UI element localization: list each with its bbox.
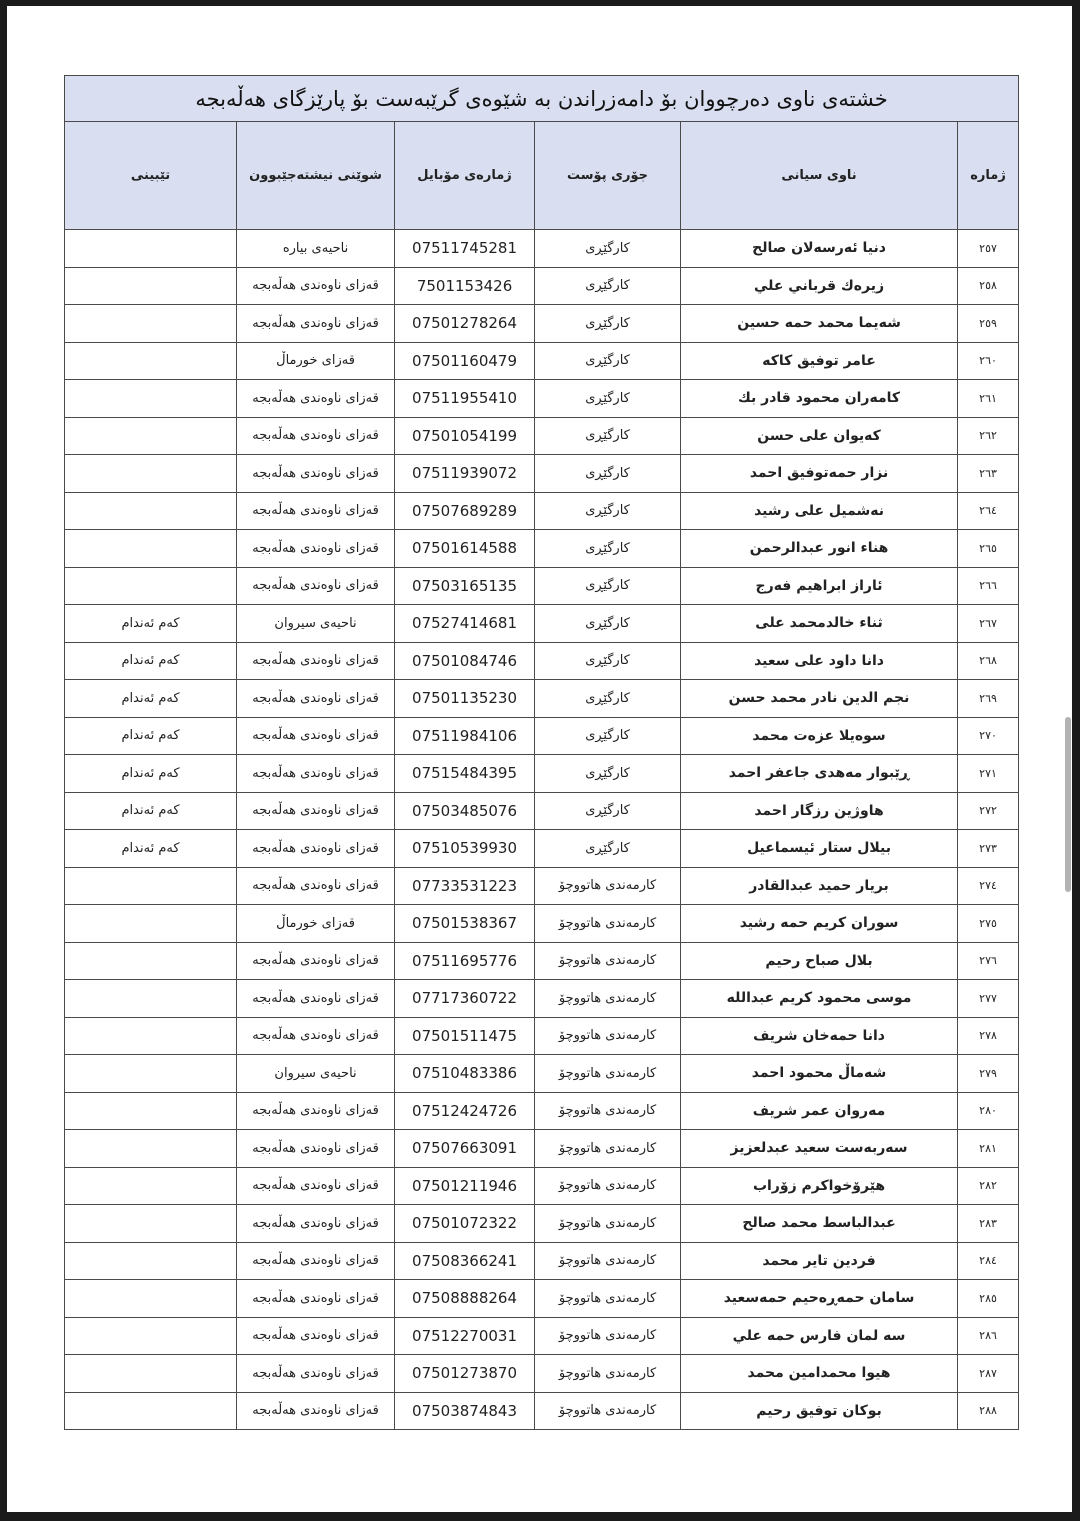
full-name-cell: دانا حمەخان شریف xyxy=(681,1017,958,1055)
full-name-cell: سامان حمەڕەحیم حمەسعید xyxy=(681,1280,958,1318)
row-number: ٢٨٥ xyxy=(958,1280,1019,1318)
table-row: ٢٨٨بوکان توفیق رحیمکارمەندی هاتووچۆ07503… xyxy=(65,1392,1019,1430)
post-type-cell: کارمەندی هاتووچۆ xyxy=(535,1017,681,1055)
row-number: ٢٨٦ xyxy=(958,1317,1019,1355)
mobile-cell: 07501054199 xyxy=(395,417,535,455)
residence-cell: قەزای ناوەندی هەڵەبجە xyxy=(237,1317,395,1355)
residence-cell: قەزای ناوەندی هەڵەبجە xyxy=(237,380,395,418)
post-type-cell: کارمەندی هاتووچۆ xyxy=(535,1055,681,1093)
residence-cell: قەزای ناوەندی هەڵەبجە xyxy=(237,830,395,868)
post-type-cell: کارگێڕی xyxy=(535,455,681,493)
row-number: ٢٨٤ xyxy=(958,1242,1019,1280)
residence-cell: قەزای ناوەندی هەڵەبجە xyxy=(237,1167,395,1205)
note-cell xyxy=(65,867,237,905)
row-number: ٢٧٢ xyxy=(958,792,1019,830)
full-name-cell: کەیوان علی حسن xyxy=(681,417,958,455)
full-name-cell: نزار حمەتوفیق احمد xyxy=(681,455,958,493)
residence-cell: قەزای ناوەندی هەڵەبجە xyxy=(237,642,395,680)
note-cell xyxy=(65,1167,237,1205)
residence-cell: قەزای ناوەندی هەڵەبجە xyxy=(237,942,395,980)
table-row: ٢٨٧هیوا محمدامین محمدکارمەندی هاتووچۆ075… xyxy=(65,1355,1019,1393)
table-body: ٢٥٧دنیا ئەرسەلان صالحکارگێڕی07511745281ن… xyxy=(65,230,1019,1430)
mobile-cell: 07733531223 xyxy=(395,867,535,905)
residence-cell: قەزای ناوەندی هەڵەبجە xyxy=(237,305,395,343)
note-cell: کەم ئەندام xyxy=(65,717,237,755)
mobile-cell: 07512270031 xyxy=(395,1317,535,1355)
row-number: ٢٨٢ xyxy=(958,1167,1019,1205)
residence-cell: قەزای ناوەندی هەڵەبجە xyxy=(237,1355,395,1393)
table-row: ٢٥٩شەیما محمد حمە حسینکارگێڕی07501278264… xyxy=(65,305,1019,343)
row-number: ٢٦٠ xyxy=(958,342,1019,380)
full-name-cell: نەشمیل علی رشید xyxy=(681,492,958,530)
residence-cell: قەزای ناوەندی هەڵەبجە xyxy=(237,792,395,830)
mobile-cell: 07501511475 xyxy=(395,1017,535,1055)
full-name-cell: فردین تایر محمد xyxy=(681,1242,958,1280)
post-type-cell: کارمەندی هاتووچۆ xyxy=(535,1317,681,1355)
post-type-cell: کارگێڕی xyxy=(535,792,681,830)
note-cell: کەم ئەندام xyxy=(65,792,237,830)
table-row: ٢٦٧ثناء خالدمحمد علیکارگێڕی07527414681نا… xyxy=(65,605,1019,643)
mobile-cell: 07501072322 xyxy=(395,1205,535,1243)
residence-cell: قەزای ناوەندی هەڵەبجە xyxy=(237,1280,395,1318)
post-type-cell: کارمەندی هاتووچۆ xyxy=(535,1242,681,1280)
post-type-cell: کارگێڕی xyxy=(535,717,681,755)
full-name-cell: هیوا محمدامین محمد xyxy=(681,1355,958,1393)
vertical-scrollbar-thumb[interactable] xyxy=(1065,717,1071,892)
post-type-cell: کارگێڕی xyxy=(535,680,681,718)
column-header-number: ژمارە xyxy=(958,122,1019,230)
post-type-cell: کارمەندی هاتووچۆ xyxy=(535,980,681,1018)
mobile-cell: 07511745281 xyxy=(395,230,535,268)
mobile-cell: 7501153426 xyxy=(395,267,535,305)
residence-cell: ناحیەی بیارە xyxy=(237,230,395,268)
full-name-cell: سوران کریم حمە رشید xyxy=(681,905,958,943)
residence-cell: قەزای ناوەندی هەڵەبجە xyxy=(237,267,395,305)
mobile-cell: 07503874843 xyxy=(395,1392,535,1430)
post-type-cell: کارمەندی هاتووچۆ xyxy=(535,867,681,905)
table-row: ٢٧٠سوەیلا عزەت محمدکارگێڕی07511984106قەز… xyxy=(65,717,1019,755)
mobile-cell: 07511984106 xyxy=(395,717,535,755)
row-number: ٢٨٠ xyxy=(958,1092,1019,1130)
residence-cell: قەزای ناوەندی هەڵەبجە xyxy=(237,492,395,530)
table-row: ٢٦٢کەیوان علی حسنکارگێڕی07501054199قەزای… xyxy=(65,417,1019,455)
residence-cell: قەزای ناوەندی هەڵەبجە xyxy=(237,1242,395,1280)
post-type-cell: کارمەندی هاتووچۆ xyxy=(535,942,681,980)
full-name-cell: عبدالباسط محمد صالح xyxy=(681,1205,958,1243)
row-number: ٢٥٨ xyxy=(958,267,1019,305)
full-name-cell: هێرۆخواکرم زۆراب xyxy=(681,1167,958,1205)
table-row: ٢٨١سەربەست سعید عبدلعزیزکارمەندی هاتووچۆ… xyxy=(65,1130,1019,1168)
mobile-cell: 07717360722 xyxy=(395,980,535,1018)
row-number: ٢٧٠ xyxy=(958,717,1019,755)
post-type-cell: کارگێڕی xyxy=(535,755,681,793)
note-cell xyxy=(65,267,237,305)
row-number: ٢٧٤ xyxy=(958,867,1019,905)
column-header-note: تێبینی xyxy=(65,122,237,230)
post-type-cell: کارمەندی هاتووچۆ xyxy=(535,1280,681,1318)
residence-cell: قەزای ناوەندی هەڵەبجە xyxy=(237,755,395,793)
note-cell xyxy=(65,530,237,568)
row-number: ٢٥٧ xyxy=(958,230,1019,268)
mobile-cell: 07501614588 xyxy=(395,530,535,568)
mobile-cell: 07510483386 xyxy=(395,1055,535,1093)
note-cell: کەم ئەندام xyxy=(65,680,237,718)
table-row: ٢٧٥سوران کریم حمە رشیدکارمەندی هاتووچۆ07… xyxy=(65,905,1019,943)
full-name-cell: بیلال ستار ئیسماعیل xyxy=(681,830,958,868)
row-number: ٢٦٤ xyxy=(958,492,1019,530)
full-name-cell: عامر توفیق کاکە xyxy=(681,342,958,380)
row-number: ٢٦٦ xyxy=(958,567,1019,605)
residence-cell: قەزای ناوەندی هەڵەبجە xyxy=(237,1130,395,1168)
table-row: ٢٦٦ئاراز ابراهیم فەرجکارگێڕی07503165135ق… xyxy=(65,567,1019,605)
table-row: ٢٨٦سە لمان فارس حمە عليکارمەندی هاتووچۆ0… xyxy=(65,1317,1019,1355)
note-cell: کەم ئەندام xyxy=(65,605,237,643)
column-header-mobile: ژمارەی مۆبایل xyxy=(395,122,535,230)
residence-cell: قەزای ناوەندی هەڵەبجە xyxy=(237,980,395,1018)
mobile-cell: 07527414681 xyxy=(395,605,535,643)
post-type-cell: کارگێڕی xyxy=(535,492,681,530)
mobile-cell: 07511939072 xyxy=(395,455,535,493)
post-type-cell: کارگێڕی xyxy=(535,417,681,455)
full-name-cell: دانا داود علی سعید xyxy=(681,642,958,680)
row-number: ٢٧٩ xyxy=(958,1055,1019,1093)
full-name-cell: ئاراز ابراهیم فەرج xyxy=(681,567,958,605)
table-row: ٢٧٢هاوژین رزگار احمدکارگێڕی07503485076قە… xyxy=(65,792,1019,830)
post-type-cell: کارگێڕی xyxy=(535,305,681,343)
full-name-cell: هناء انور عبدالرحمن xyxy=(681,530,958,568)
note-cell: کەم ئەندام xyxy=(65,755,237,793)
full-name-cell: شەماڵ محمود احمد xyxy=(681,1055,958,1093)
post-type-cell: کارگێڕی xyxy=(535,830,681,868)
table-row: ٢٧٤بریار حمید عبدالقادرکارمەندی هاتووچۆ0… xyxy=(65,867,1019,905)
employee-list-table: خشتەی ناوی دەرچووان بۆ دامەزراندن بە شێو… xyxy=(64,75,1019,1430)
post-type-cell: کارگێڕی xyxy=(535,380,681,418)
residence-cell: قەزای خورماڵ xyxy=(237,342,395,380)
mobile-cell: 07508888264 xyxy=(395,1280,535,1318)
post-type-cell: کارمەندی هاتووچۆ xyxy=(535,1167,681,1205)
post-type-cell: کارگێڕی xyxy=(535,530,681,568)
note-cell xyxy=(65,1242,237,1280)
table-row: ٢٧٩شەماڵ محمود احمدکارمەندی هاتووچۆ07510… xyxy=(65,1055,1019,1093)
note-cell xyxy=(65,230,237,268)
table-row: ٢٥٧دنیا ئەرسەلان صالحکارگێڕی07511745281ن… xyxy=(65,230,1019,268)
mobile-cell: 07510539930 xyxy=(395,830,535,868)
note-cell xyxy=(65,942,237,980)
note-cell xyxy=(65,1317,237,1355)
full-name-cell: بلال صباح رحیم xyxy=(681,942,958,980)
row-number: ٢٦٧ xyxy=(958,605,1019,643)
row-number: ٢٦١ xyxy=(958,380,1019,418)
row-number: ٢٦٢ xyxy=(958,417,1019,455)
full-name-cell: بریار حمید عبدالقادر xyxy=(681,867,958,905)
table-row: ٢٧٧موسی محمود کریم عبداللەکارمەندی هاتوو… xyxy=(65,980,1019,1018)
row-number: ٢٨١ xyxy=(958,1130,1019,1168)
post-type-cell: کارگێڕی xyxy=(535,342,681,380)
full-name-cell: نجم الدین نادر محمد حسن xyxy=(681,680,958,718)
note-cell xyxy=(65,1130,237,1168)
full-name-cell: مەروان عمر شریف xyxy=(681,1092,958,1130)
table-row: ٢٨٠مەروان عمر شریفکارمەندی هاتووچۆ075124… xyxy=(65,1092,1019,1130)
row-number: ٢٦٨ xyxy=(958,642,1019,680)
residence-cell: قەزای ناوەندی هەڵەبجە xyxy=(237,1092,395,1130)
mobile-cell: 07501278264 xyxy=(395,305,535,343)
note-cell: کەم ئەندام xyxy=(65,642,237,680)
full-name-cell: ڕێبوار مەهدی جاعفر احمد xyxy=(681,755,958,793)
residence-cell: قەزای ناوەندی هەڵەبجە xyxy=(237,680,395,718)
note-cell xyxy=(65,380,237,418)
table-row: ٢٧٦بلال صباح رحیمکارمەندی هاتووچۆ0751169… xyxy=(65,942,1019,980)
mobile-cell: 07503485076 xyxy=(395,792,535,830)
mobile-cell: 07501135230 xyxy=(395,680,535,718)
residence-cell: قەزای ناوەندی هەڵەبجە xyxy=(237,530,395,568)
mobile-cell: 07511955410 xyxy=(395,380,535,418)
note-cell xyxy=(65,1017,237,1055)
note-cell xyxy=(65,1205,237,1243)
row-number: ٢٨٣ xyxy=(958,1205,1019,1243)
mobile-cell: 07501273870 xyxy=(395,1355,535,1393)
mobile-cell: 07501084746 xyxy=(395,642,535,680)
residence-cell: قەزای ناوەندی هەڵەبجە xyxy=(237,717,395,755)
table-row: ٢٦٤نەشمیل علی رشیدکارگێڕی07507689289قەزا… xyxy=(65,492,1019,530)
residence-cell: قەزای ناوەندی هەڵەبجە xyxy=(237,1017,395,1055)
post-type-cell: کارگێڕی xyxy=(535,230,681,268)
column-header-residence: شوێنی نیشتەجێبوون xyxy=(237,122,395,230)
post-type-cell: کارگێڕی xyxy=(535,267,681,305)
post-type-cell: کارمەندی هاتووچۆ xyxy=(535,1092,681,1130)
table-row: ٢٨٤فردین تایر محمدکارمەندی هاتووچۆ075083… xyxy=(65,1242,1019,1280)
full-name-cell: زیرەك قرباني علي xyxy=(681,267,958,305)
post-type-cell: کارگێڕی xyxy=(535,642,681,680)
residence-cell: قەزای ناوەندی هەڵەبجە xyxy=(237,867,395,905)
note-cell xyxy=(65,1392,237,1430)
row-number: ٢٧٨ xyxy=(958,1017,1019,1055)
post-type-cell: کارگێڕی xyxy=(535,605,681,643)
residence-cell: ناحیەی سیروان xyxy=(237,1055,395,1093)
note-cell xyxy=(65,417,237,455)
full-name-cell: بوکان توفیق رحیم xyxy=(681,1392,958,1430)
note-cell xyxy=(65,1280,237,1318)
full-name-cell: سەربەست سعید عبدلعزیز xyxy=(681,1130,958,1168)
row-number: ٢٧٧ xyxy=(958,980,1019,1018)
note-cell xyxy=(65,492,237,530)
mobile-cell: 07512424726 xyxy=(395,1092,535,1130)
full-name-cell: هاوژین رزگار احمد xyxy=(681,792,958,830)
post-type-cell: کارمەندی هاتووچۆ xyxy=(535,1130,681,1168)
note-cell xyxy=(65,1092,237,1130)
note-cell xyxy=(65,980,237,1018)
table-row: ٢٥٨زیرەك قرباني عليکارگێڕی7501153426قەزا… xyxy=(65,267,1019,305)
full-name-cell: سوەیلا عزەت محمد xyxy=(681,717,958,755)
row-number: ٢٦٣ xyxy=(958,455,1019,493)
note-cell xyxy=(65,1055,237,1093)
post-type-cell: کارمەندی هاتووچۆ xyxy=(535,905,681,943)
table-row: ٢٦٣نزار حمەتوفیق احمدکارگێڕی07511939072ق… xyxy=(65,455,1019,493)
column-header-full-name: ناوی سیانی xyxy=(681,122,958,230)
row-number: ٢٧٣ xyxy=(958,830,1019,868)
mobile-cell: 07501160479 xyxy=(395,342,535,380)
full-name-cell: ثناء خالدمحمد علی xyxy=(681,605,958,643)
post-type-cell: کارمەندی هاتووچۆ xyxy=(535,1355,681,1393)
table-row: ٢٨٥سامان حمەڕەحیم حمەسعیدکارمەندی هاتووچ… xyxy=(65,1280,1019,1318)
post-type-cell: کارمەندی هاتووچۆ xyxy=(535,1392,681,1430)
mobile-cell: 07507689289 xyxy=(395,492,535,530)
note-cell xyxy=(65,567,237,605)
row-number: ٢٧٥ xyxy=(958,905,1019,943)
row-number: ٢٥٩ xyxy=(958,305,1019,343)
row-number: ٢٨٧ xyxy=(958,1355,1019,1393)
table-row: ٢٦٠عامر توفیق کاکەکارگێڕی07501160479قەزا… xyxy=(65,342,1019,380)
table-row: ٢٦٩نجم الدین نادر محمد حسنکارگێڕی0750113… xyxy=(65,680,1019,718)
residence-cell: قەزای خورماڵ xyxy=(237,905,395,943)
post-type-cell: کارگێڕی xyxy=(535,567,681,605)
full-name-cell: دنیا ئەرسەلان صالح xyxy=(681,230,958,268)
residence-cell: قەزای ناوەندی هەڵەبجە xyxy=(237,567,395,605)
row-number: ٢٧١ xyxy=(958,755,1019,793)
mobile-cell: 07501211946 xyxy=(395,1167,535,1205)
table-row: ٢٧١ڕێبوار مەهدی جاعفر احمدکارگێڕی0751548… xyxy=(65,755,1019,793)
residence-cell: ناحیەی سیروان xyxy=(237,605,395,643)
full-name-cell: موسی محمود کریم عبداللە xyxy=(681,980,958,1018)
table-row: ٢٦١کامەران محمود قادر بكکارگێڕی075119554… xyxy=(65,380,1019,418)
full-name-cell: شەیما محمد حمە حسین xyxy=(681,305,958,343)
post-type-cell: کارمەندی هاتووچۆ xyxy=(535,1205,681,1243)
residence-cell: قەزای ناوەندی هەڵەبجە xyxy=(237,1205,395,1243)
note-cell: کەم ئەندام xyxy=(65,830,237,868)
table-row: ٢٦٥هناء انور عبدالرحمنکارگێڕی07501614588… xyxy=(65,530,1019,568)
row-number: ٢٨٨ xyxy=(958,1392,1019,1430)
mobile-cell: 07511695776 xyxy=(395,942,535,980)
mobile-cell: 07515484395 xyxy=(395,755,535,793)
table-row: ٢٨٣عبدالباسط محمد صالحکارمەندی هاتووچۆ07… xyxy=(65,1205,1019,1243)
residence-cell: قەزای ناوەندی هەڵەبجە xyxy=(237,1392,395,1430)
note-cell xyxy=(65,305,237,343)
residence-cell: قەزای ناوەندی هەڵەبجە xyxy=(237,455,395,493)
full-name-cell: سە لمان فارس حمە علي xyxy=(681,1317,958,1355)
mobile-cell: 07501538367 xyxy=(395,905,535,943)
note-cell xyxy=(65,342,237,380)
note-cell xyxy=(65,1355,237,1393)
mobile-cell: 07508366241 xyxy=(395,1242,535,1280)
mobile-cell: 07507663091 xyxy=(395,1130,535,1168)
residence-cell: قەزای ناوەندی هەڵەبجە xyxy=(237,417,395,455)
note-cell xyxy=(65,905,237,943)
column-header-post-type: جۆری پۆست xyxy=(535,122,681,230)
table-row: ٢٧٨دانا حمەخان شریفکارمەندی هاتووچۆ07501… xyxy=(65,1017,1019,1055)
table-row: ٢٧٣بیلال ستار ئیسماعیلکارگێڕی07510539930… xyxy=(65,830,1019,868)
table-row: ٢٨٢هێرۆخواکرم زۆرابکارمەندی هاتووچۆ07501… xyxy=(65,1167,1019,1205)
table-row: ٢٦٨دانا داود علی سعیدکارگێڕی07501084746ق… xyxy=(65,642,1019,680)
row-number: ٢٧٦ xyxy=(958,942,1019,980)
note-cell xyxy=(65,455,237,493)
full-name-cell: کامەران محمود قادر بك xyxy=(681,380,958,418)
mobile-cell: 07503165135 xyxy=(395,567,535,605)
row-number: ٢٦٥ xyxy=(958,530,1019,568)
row-number: ٢٦٩ xyxy=(958,680,1019,718)
table-title: خشتەی ناوی دەرچووان بۆ دامەزراندن بە شێو… xyxy=(65,76,1019,122)
